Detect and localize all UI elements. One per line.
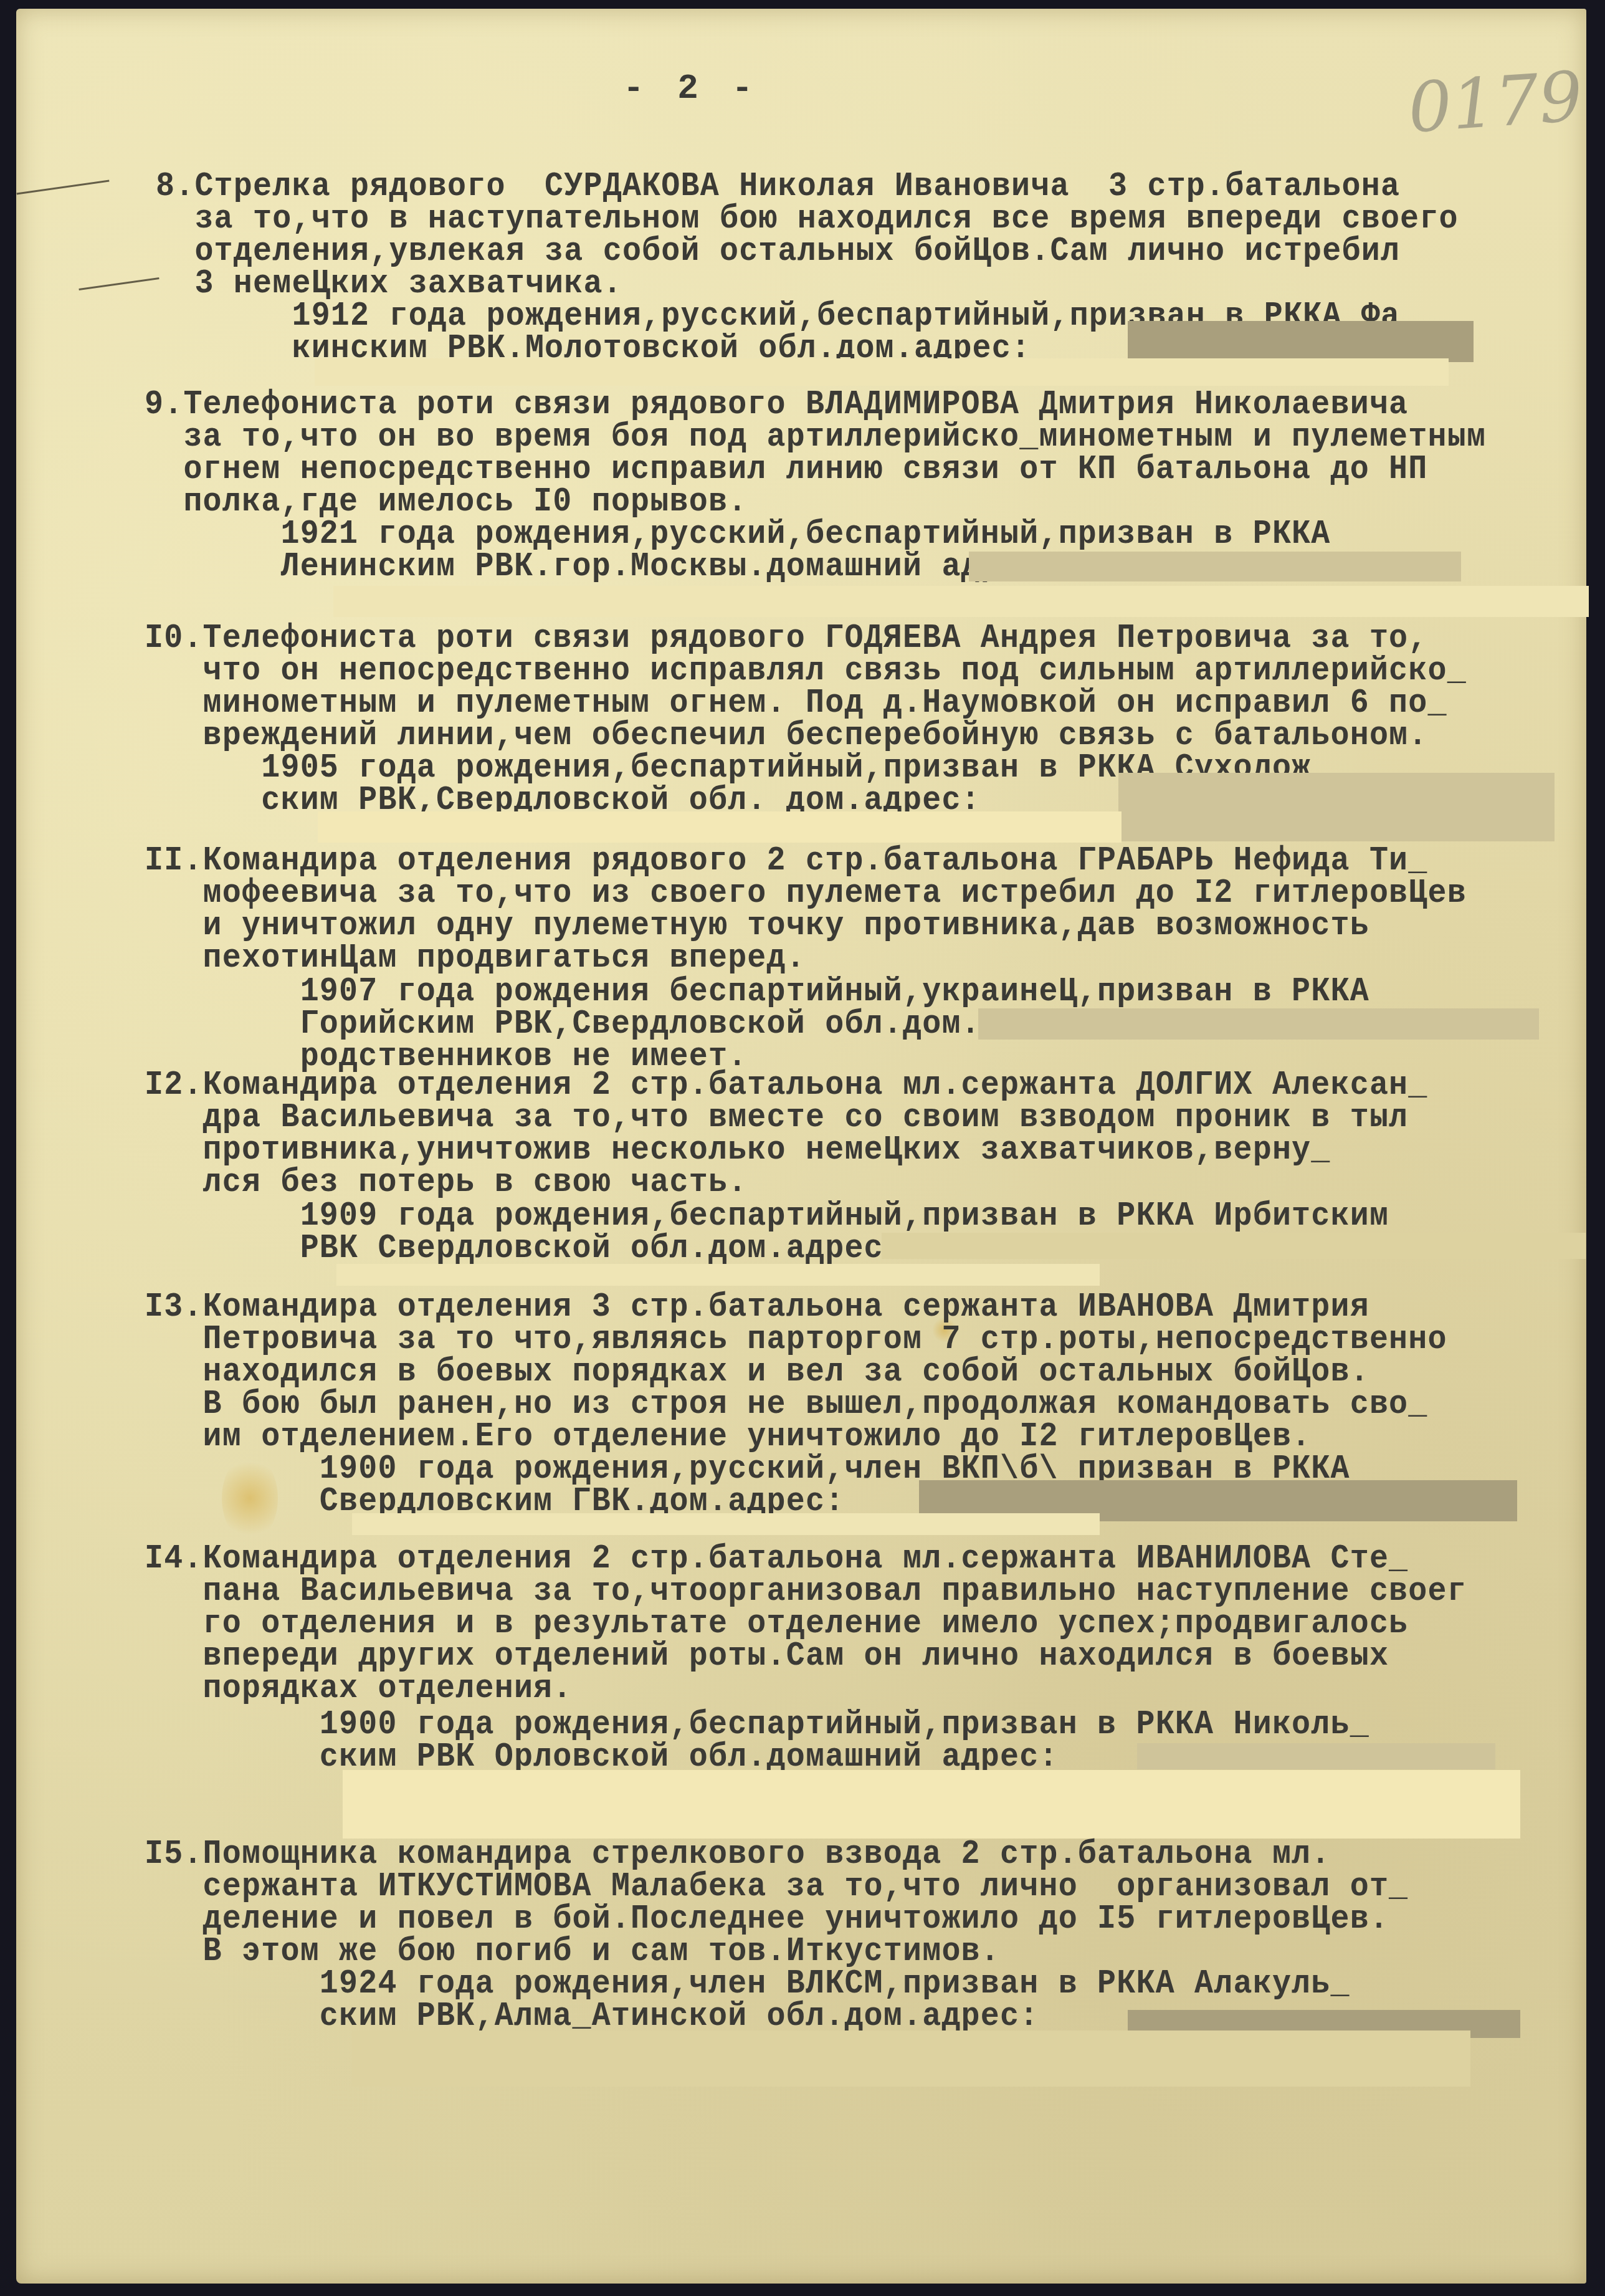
paper-tear: [17, 180, 110, 195]
redaction-box: [343, 1770, 1520, 1839]
archive-number-handwritten: 0179: [1406, 56, 1585, 148]
page-number: - 2 -: [623, 69, 759, 108]
redaction-box: [978, 1008, 1539, 1040]
redaction-box: [336, 1264, 1100, 1286]
entry-line: пехотинЦам продвигаться вперед.: [145, 940, 806, 977]
redaction-box: [969, 552, 1461, 581]
redaction-box: [318, 811, 1122, 843]
redaction-box: [352, 1513, 1100, 1535]
redaction-box: [1137, 1743, 1495, 1769]
redaction-box: [1118, 773, 1555, 841]
entry-line: порядках отделения.: [145, 1670, 573, 1708]
redaction-box: [1128, 321, 1474, 362]
entry-line: РВК Свердловской обл.дом.адрес:: [145, 1230, 903, 1268]
redaction-box: [882, 1233, 1586, 1259]
entry-line: лся без потерь в свою часть.: [145, 1164, 747, 1202]
redaction-box: [352, 2031, 1470, 2087]
redaction-box: [333, 586, 1589, 617]
paper-tear: [79, 277, 159, 290]
entry-line: Ленинским РВК.гор.Москвы.домашний адрес:: [145, 548, 1059, 586]
redaction-box: [315, 358, 1449, 386]
